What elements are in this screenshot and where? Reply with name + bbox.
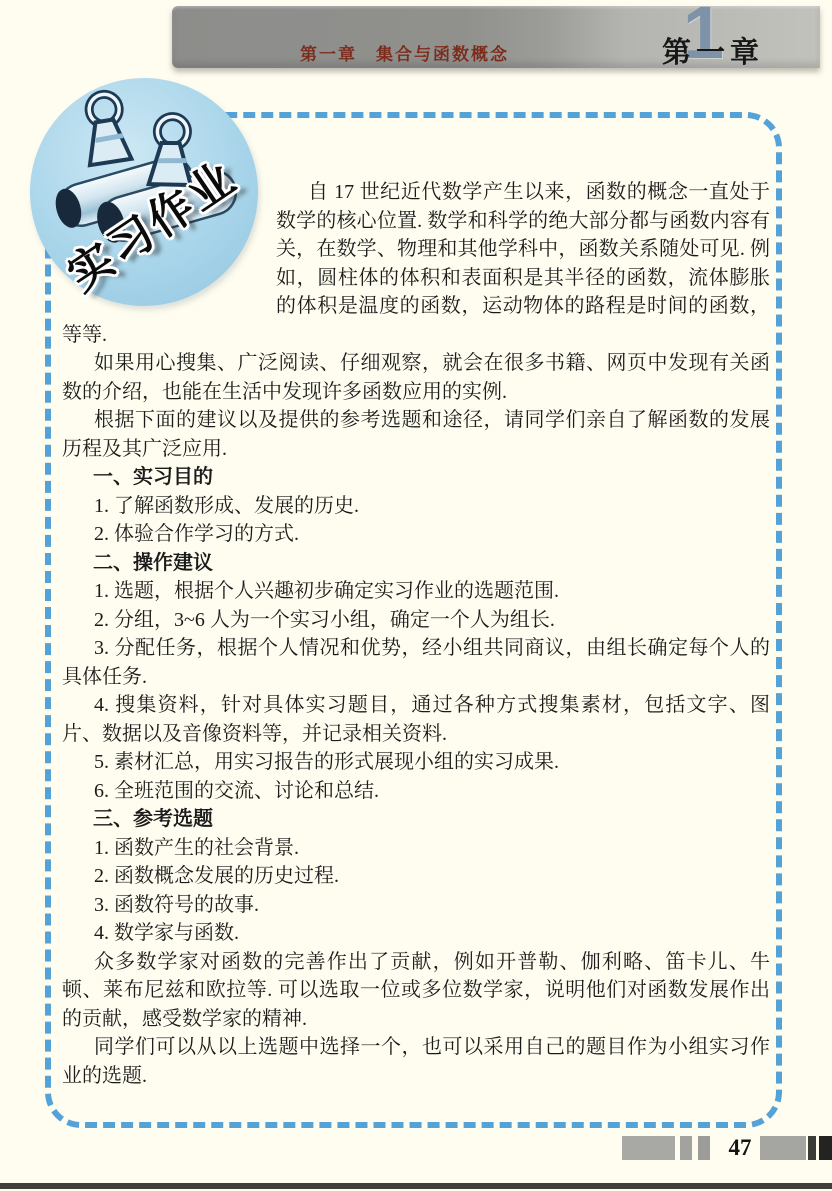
list-item: 5. 素材汇总，用实习报告的形式展现小组的实习成果. xyxy=(62,748,770,777)
main-text: 自 17 世纪近代数学产生以来，函数的概念一直处于数学的核心位置. 数学和科学的… xyxy=(62,178,770,1090)
page-bottom-edge xyxy=(0,1183,832,1189)
assignment-badge: 实习作业 xyxy=(30,78,258,306)
footer-decoration xyxy=(622,1136,675,1160)
intro-paragraph: 如果用心搜集、广泛阅读、仔细观察，就会在很多书籍、网页中发现有关函数的介绍，也能… xyxy=(62,349,770,406)
section-heading: 一、实习目的 xyxy=(62,463,770,492)
list-item: 6. 全班范围的交流、讨论和总结. xyxy=(62,777,770,806)
list-item: 2. 函数概念发展的历史过程. xyxy=(62,862,770,891)
list-item: 4. 数学家与函数. xyxy=(62,919,770,948)
closing-paragraph: 众多数学家对函数的完善作出了贡献，例如开普勒、伽利略、笛卡儿、牛顿、莱布尼兹和欧… xyxy=(62,948,770,1034)
footer-decoration xyxy=(808,1136,816,1160)
list-item: 2. 体验合作学习的方式. xyxy=(62,520,770,549)
chapter-banner: 第一章 集合与函数概念 1 第一章 xyxy=(172,6,820,68)
footer-decoration xyxy=(819,1136,832,1160)
list-item: 1. 函数产生的社会背景. xyxy=(62,834,770,863)
list-item: 1. 了解函数形成、发展的历史. xyxy=(62,492,770,521)
footer-decoration xyxy=(698,1136,710,1160)
section-heading: 三、参考选题 xyxy=(62,805,770,834)
list-item: 4. 搜集资料，针对具体实习题目，通过各种方式搜集素材，包括文字、图片、数据以及… xyxy=(62,691,770,748)
list-item: 3. 函数符号的故事. xyxy=(62,891,770,920)
footer-decoration xyxy=(680,1136,692,1160)
chapter-tab-label: 第一章 xyxy=(662,30,764,71)
list-item: 3. 分配任务，根据个人情况和优势，经小组共同商议，由组长确定每个人的具体任务. xyxy=(62,634,770,691)
list-item: 1. 选题，根据个人兴趣初步确定实习作业的选题范围. xyxy=(62,577,770,606)
closing-paragraph: 同学们可以从以上选题中选择一个，也可以采用自己的题目作为小组实习作业的选题. xyxy=(62,1033,770,1090)
page-number: 47 xyxy=(722,1135,758,1161)
chapter-title: 第一章 集合与函数概念 xyxy=(300,40,509,65)
list-item: 2. 分组，3~6 人为一个实习小组，确定一个人为组长. xyxy=(62,606,770,635)
intro-paragraph: 根据下面的建议以及提供的参考选题和途径，请同学们亲自了解函数的发展历程及其广泛应… xyxy=(62,406,770,463)
section-heading: 二、操作建议 xyxy=(62,549,770,578)
footer-decoration xyxy=(760,1136,806,1160)
